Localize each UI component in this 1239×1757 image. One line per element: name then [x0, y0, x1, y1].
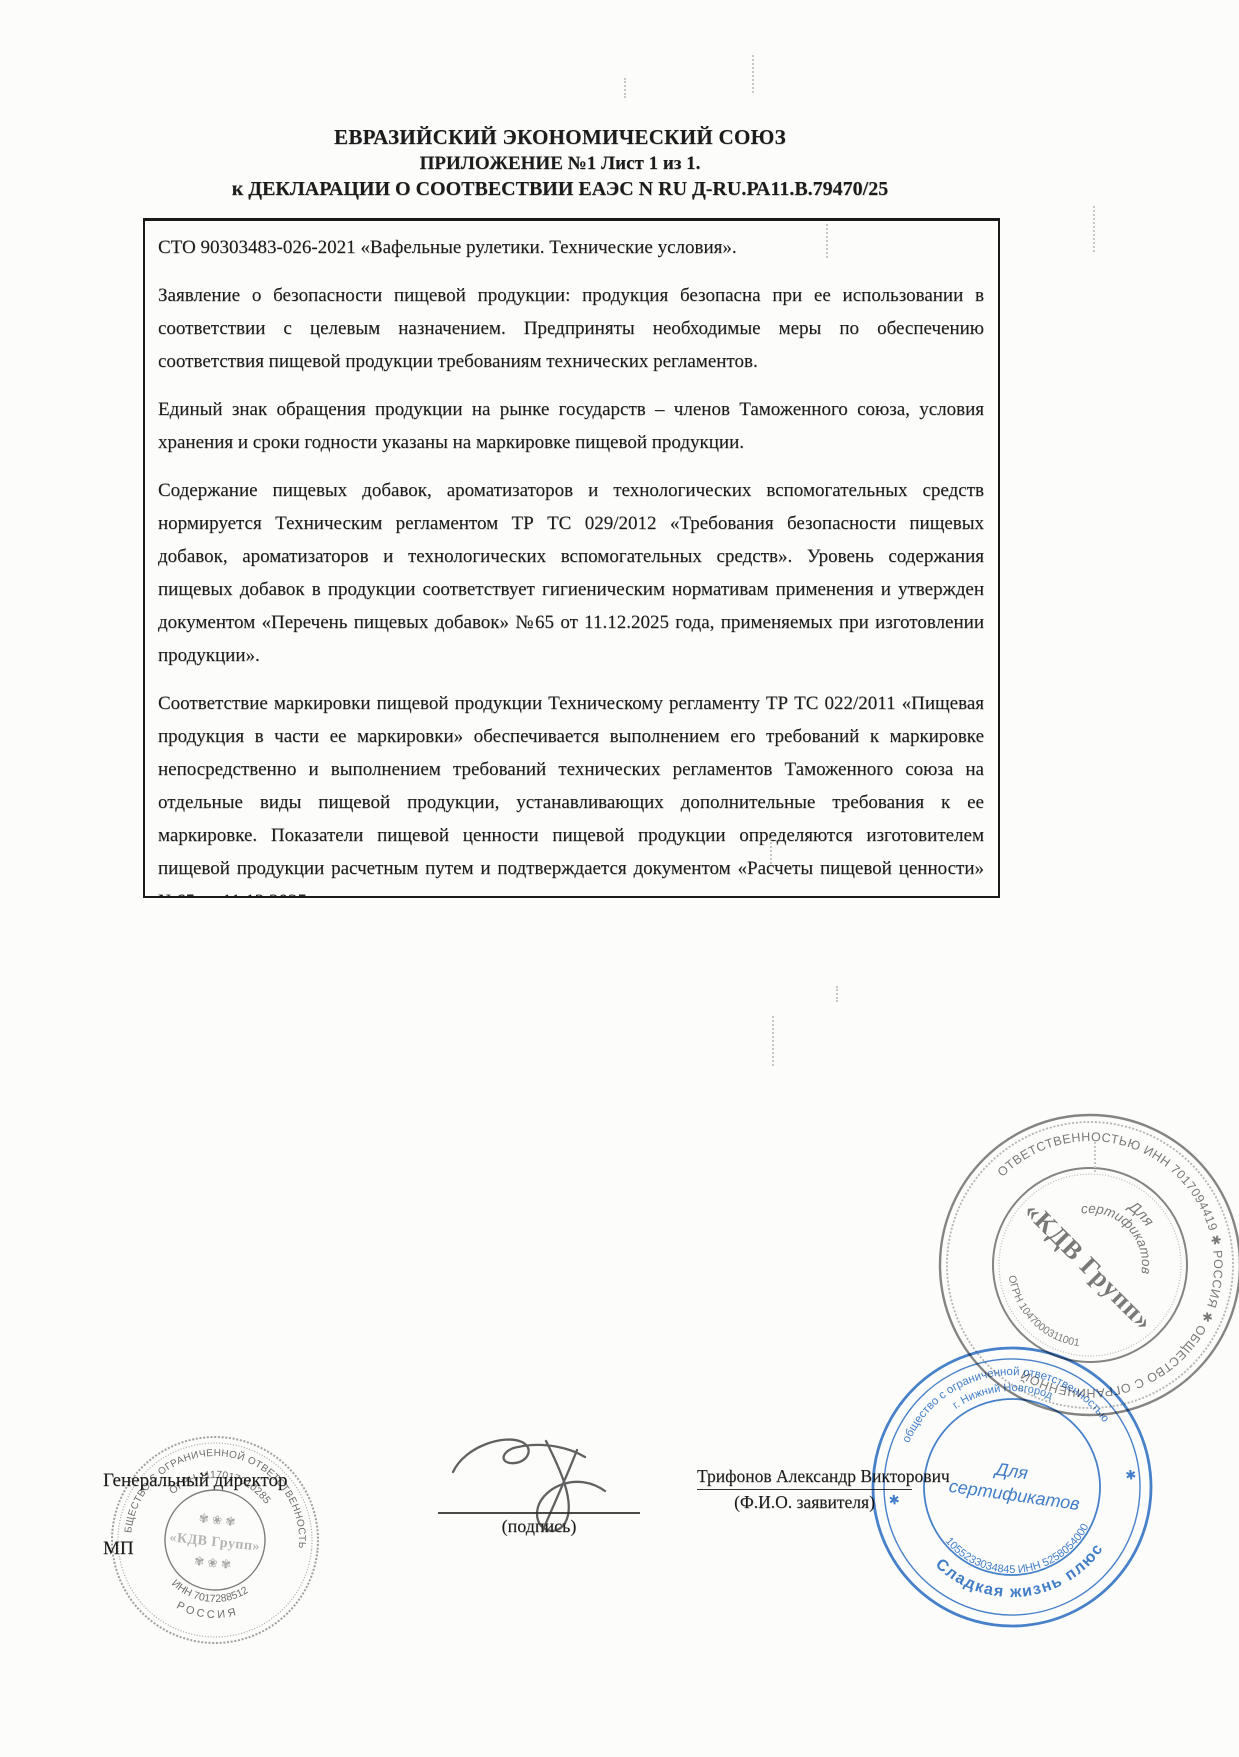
stamp-ornament-top: ✾ ❀ ✾ [198, 1511, 236, 1529]
blue-round-stamp: общество с ограниченной ответственностью… [862, 1337, 1162, 1637]
scan-artifact [826, 224, 828, 258]
stamp-purpose-line2: сертификатов [948, 1476, 1081, 1514]
director-round-stamp: ОБЩЕСТВО С ОГРАНИЧЕННОЙ ОТВЕТСТВЕННОСТЬЮ… [100, 1425, 330, 1655]
paragraph-eac-mark: Единый знак обращения продукции на рынке… [158, 393, 984, 459]
scan-artifact [752, 55, 754, 93]
header-declaration-number: к ДЕКЛАРАЦИИ О СООТВЕСТВИИ ЕАЭС N RU Д-R… [120, 176, 1000, 202]
paragraph-safety: Заявление о безопасности пищевой продукц… [158, 279, 984, 378]
svg-text:общество с ограниченной ответс: общество с ограниченной ответственностью [894, 1356, 1112, 1446]
header-annex-line: ПРИЛОЖЕНИЕ №1 Лист 1 из 1. [120, 151, 1000, 176]
stamp-ornament-bottom: ✾ ❀ ✾ [194, 1554, 232, 1572]
scan-artifact [1094, 1142, 1096, 1172]
stamp-star-right: ✱ [1125, 1467, 1137, 1483]
stamp-company-name: «КДВ Групп» [169, 1530, 261, 1554]
stamp-purpose-line1: Для [992, 1459, 1029, 1484]
handwritten-signature [425, 1408, 655, 1548]
scan-artifact [836, 986, 838, 1002]
paragraph-labelling: Соответствие маркировки пищевой продукци… [158, 687, 984, 898]
paragraph-additives: Содержание пищевых добавок, ароматизатор… [158, 474, 984, 672]
scan-artifact [770, 838, 772, 864]
scanned-declaration-page: ЕВРАЗИЙСКИЙ ЭКОНОМИЧЕСКИЙ СОЮЗ ПРИЛОЖЕНИ… [0, 0, 1239, 1757]
scan-artifact [772, 1016, 774, 1066]
stamp-star-left: ✱ [888, 1492, 900, 1508]
svg-text:ОБЩЕСТВО С ОГРАНИЧЕННОЙ ОТВЕТС: ОБЩЕСТВО С ОГРАНИЧЕННОЙ ОТВЕТСТВЕННОСТЬЮ [100, 1425, 319, 1552]
header-union-title: ЕВРАЗИЙСКИЙ ЭКОНОМИЧЕСКИЙ СОЮЗ [120, 124, 1000, 151]
stamp-ring-text: ОБЩЕСТВО С ОГРАНИЧЕННОЙ ОТВЕТСТВЕННОСТЬЮ [100, 1425, 319, 1552]
paragraph-sto: СТО 90303483-026-2021 «Вафельные рулетик… [158, 231, 984, 264]
stamp-org-text: общество с ограниченной ответственностью [894, 1356, 1112, 1446]
declaration-body-box: СТО 90303483-026-2021 «Вафельные рулетик… [143, 218, 1000, 898]
document-header: ЕВРАЗИЙСКИЙ ЭКОНОМИЧЕСКИЙ СОЮЗ ПРИЛОЖЕНИ… [120, 124, 1000, 202]
scan-artifact [624, 78, 626, 98]
scan-artifact [1093, 206, 1095, 252]
